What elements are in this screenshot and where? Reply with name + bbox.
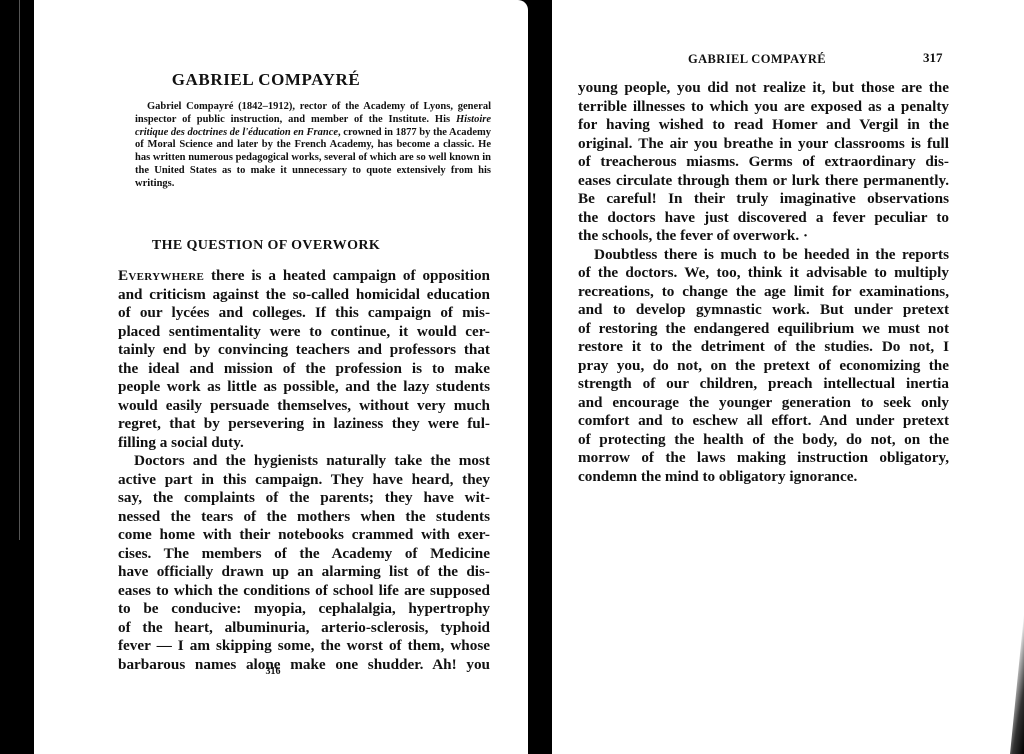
text-line: have officially drawn up an alarming lis… (118, 563, 490, 582)
text-line: strength of our children, preach intelle… (578, 375, 949, 394)
scan-left-border (0, 0, 34, 754)
text-line: restore it to the detriment of the studi… (578, 338, 949, 357)
text-line: nessed the tears of the mothers when the… (118, 508, 490, 527)
author-bio: Gabriel Compayré (1842–1912), rector of … (135, 101, 491, 191)
running-head: GABRIEL COMPAYRÉ (688, 52, 826, 67)
text-line: active part in this campaign. They have … (118, 471, 490, 490)
page-number: 316 (26, 666, 520, 677)
text-line: Doubtless there is much to be heeded in … (578, 246, 949, 265)
text-line: condemn the mind to obligatory ignorance… (578, 468, 949, 487)
left-body-text: Everywhere there is a heated campaign of… (118, 267, 490, 674)
text-line: recreations, to change the age limit for… (578, 283, 949, 302)
section-heading: THE QUESTION OF OVERWORK (19, 238, 513, 254)
left-page: GABRIEL COMPAYRÉ Gabriel Compayré (1842–… (34, 0, 528, 754)
text-line: placed sentimentality were to continue, … (118, 323, 490, 342)
text-line: Doctors and the hygienists naturally tak… (118, 452, 490, 471)
text-line: of our lycées and colleges. If this camp… (118, 304, 490, 323)
text-line: terrible illnesses to which you are expo… (578, 98, 949, 117)
text-line: and to develop gymnastic work. But under… (578, 301, 949, 320)
text-line: the ideal and mission of the profession … (118, 360, 490, 379)
text-line: come home with their notebooks crammed w… (118, 526, 490, 545)
text-line: comfort and to eschew all effort. And un… (578, 412, 949, 431)
text-line: and encourage the younger generation to … (578, 394, 949, 413)
text-line: eases to which the conditions of school … (118, 582, 490, 601)
text-line: cises. The members of the Academy of Med… (118, 545, 490, 564)
text-line: of restoring the endangered equilibrium … (578, 320, 949, 339)
text-line: pray you, do not, on the pretext of econ… (578, 357, 949, 376)
text-line: of protecting the health of the body, do… (578, 431, 949, 450)
text-line: regret, that by persevering in laziness … (118, 415, 490, 434)
text-line: say, the complaints of the parents; they… (118, 489, 490, 508)
page-title: GABRIEL COMPAYRÉ (19, 70, 513, 90)
text-line: eases circulate through them or lurk the… (578, 172, 949, 191)
text-line: young people, you did not realize it, bu… (578, 79, 949, 98)
right-page: GABRIEL COMPAYRÉ 317 young people, you d… (552, 0, 1024, 754)
text-line: of the heart, albuminuria, arterio-scler… (118, 619, 490, 638)
text-line: Everywhere there is a heated campaign of… (118, 267, 490, 286)
text-line: of the doctors. We, too, think it advisa… (578, 264, 949, 283)
text-line: to be conducive: myopia, cephalalgia, hy… (118, 600, 490, 619)
text-line: Be careful! In their truly imaginative o… (578, 190, 949, 209)
text-line: and criticism against the so-called homi… (118, 286, 490, 305)
text-line: the schools, the fever of overwork. · (578, 227, 949, 246)
text-line: morrow of the laws making instruction ob… (578, 449, 949, 468)
text-line: would easily persuade themselves, withou… (118, 397, 490, 416)
text-line: original. The air you breathe in your cl… (578, 135, 949, 154)
text-line: people work as little as possible, and t… (118, 378, 490, 397)
book-gutter (528, 0, 552, 754)
text-line: fever — I am skipping some, the worst of… (118, 637, 490, 656)
scan-corner-shadow (1010, 614, 1024, 754)
text-line: filling a social duty. (118, 434, 490, 453)
text-line: of treacherous miasms. Germs of extraord… (578, 153, 949, 172)
bio-text-1: Gabriel Compayré (1842–1912), rector of … (135, 101, 491, 125)
right-body-text: young people, you did not realize it, bu… (578, 79, 949, 486)
page-number: 317 (923, 50, 943, 66)
text-line: the doctors have just discovered a fever… (578, 209, 949, 228)
text-line: for having wished to read Homer and Verg… (578, 116, 949, 135)
lead-word: Everywhere (118, 267, 204, 284)
text-line: tainly end by convincing teachers and pr… (118, 341, 490, 360)
